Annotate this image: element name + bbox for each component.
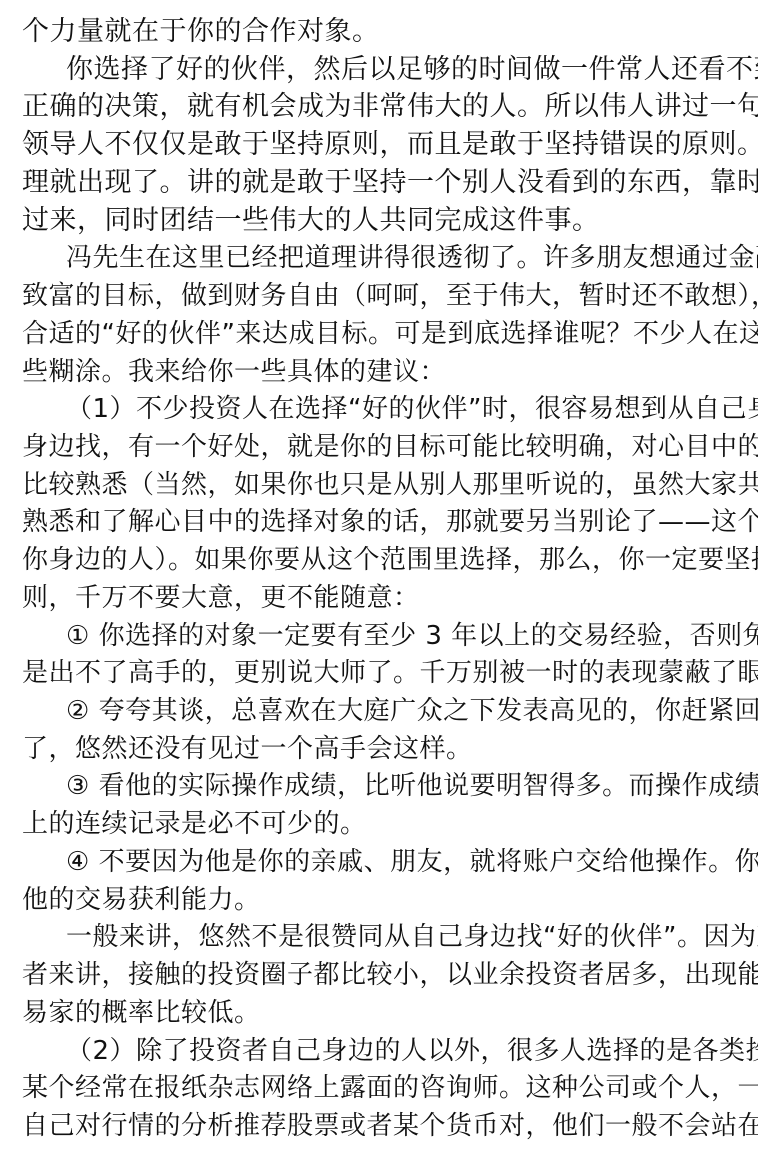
text-line: 了，悠然还没有见过一个高手会这样。 xyxy=(22,731,754,767)
text-line: 个力量就在于你的合作对象。 xyxy=(22,14,754,50)
list-item-first-line: ③ 看他的实际操作成绩，比听他说要明智得多。而操作成绩，至少两年以 xyxy=(66,768,754,804)
text-line: 是出不了高手的，更别说大师了。千万别被一时的表现蒙蔽了眼睛。 xyxy=(22,655,754,691)
paragraph-first-line: 你选择了好的伙伴，然后以足够的时间做一件常人还看不到结果的所谓不 xyxy=(66,52,754,88)
scanned-book-page: 个力量就在于你的合作对象。 你选择了好的伙伴，然后以足够的时间做一件常人还看不到… xyxy=(0,0,758,1160)
text-line: 理就出现了。讲的就是敢于坚持一个别人没看到的东西，靠时间把这件事颠覆 xyxy=(22,165,754,201)
text-line: 正确的决策，就有机会成为非常伟大的人。所以伟人讲过一句话：一个伟大的 xyxy=(22,89,754,125)
list-item-first-line: ④ 不要因为他是你的亲戚、朋友，就将账户交给他操作。你需要信任的是 xyxy=(66,844,754,880)
text-line: 者来讲，接触的投资圈子都比较小，以业余投资者居多，出现能长期稳定获利交 xyxy=(22,957,754,993)
text-line: 则，千万不要大意，更不能随意： xyxy=(22,580,754,616)
text-line: 他的交易获利能力。 xyxy=(22,882,754,918)
text-line: 领导人不仅仅是敢于坚持原则，而且是敢于坚持错误的原则。错误到头了，真 xyxy=(22,127,754,163)
text-line: 比较熟悉（当然，如果你也只是从别人那里听说的，虽然大家共处一城，你并不 xyxy=(22,467,754,503)
paragraph-first-line: 冯先生在这里已经把道理讲得很透彻了。许多朋友想通过金融投资达成 xyxy=(66,240,754,276)
text-line: 自己对行情的分析推荐股票或者某个货币对，他们一般不会站在账户的角度来 xyxy=(22,1108,754,1144)
text-line: 身边找，有一个好处，就是你的目标可能比较明确，对心目中的选择对象也可能 xyxy=(22,429,754,465)
text-line: 易家的概率比较低。 xyxy=(22,995,754,1031)
text-line: 合适的“好的伙伴”来达成目标。可是到底选择谁呢？不少人在这个问题上有 xyxy=(22,316,754,352)
text-line: 上的连续记录是必不可少的。 xyxy=(22,806,754,842)
paragraph-first-line: （2）除了投资者自己身边的人以外，很多人选择的是各类投资咨询公司或 xyxy=(66,1033,754,1069)
list-item-first-line: ① 你选择的对象一定要有至少 3 年以上的交易经验，否则免谈，3 年以内 xyxy=(66,618,754,654)
text-line: 过来，同时团结一些伟大的人共同完成这件事。 xyxy=(22,203,754,239)
text-line: 致富的目标，做到财务自由（呵呵，至于伟大，暂时还不敢想），也有心找到一位 xyxy=(22,278,754,314)
text-line: 熟悉和了解心目中的选择对象的话，那就要另当别论了——这个人其实并不是 xyxy=(22,504,754,540)
paragraph-first-line: 一般来讲，悠然不是很赞同从自己身边找“好的伙伴”。因为对大多数投资 xyxy=(66,919,754,955)
text-line: 某个经常在报纸杂志网络上露面的咨询师。这种公司或个人，一般都只是根据 xyxy=(22,1070,754,1106)
text-line: 你身边的人）。如果你要从这个范围里选择，那么，你一定要坚持以下几个原 xyxy=(22,542,754,578)
text-line: 些糊涂。我来给你一些具体的建议： xyxy=(22,354,754,390)
list-item-first-line: ② 夸夸其谈，总喜欢在大庭广众之下发表高见的，你赶紧回避吧，十多年 xyxy=(66,693,754,729)
paragraph-first-line: （1）不少投资人在选择“好的伙伴”时，很容易想到从自己身边找。从自己 xyxy=(66,391,754,427)
